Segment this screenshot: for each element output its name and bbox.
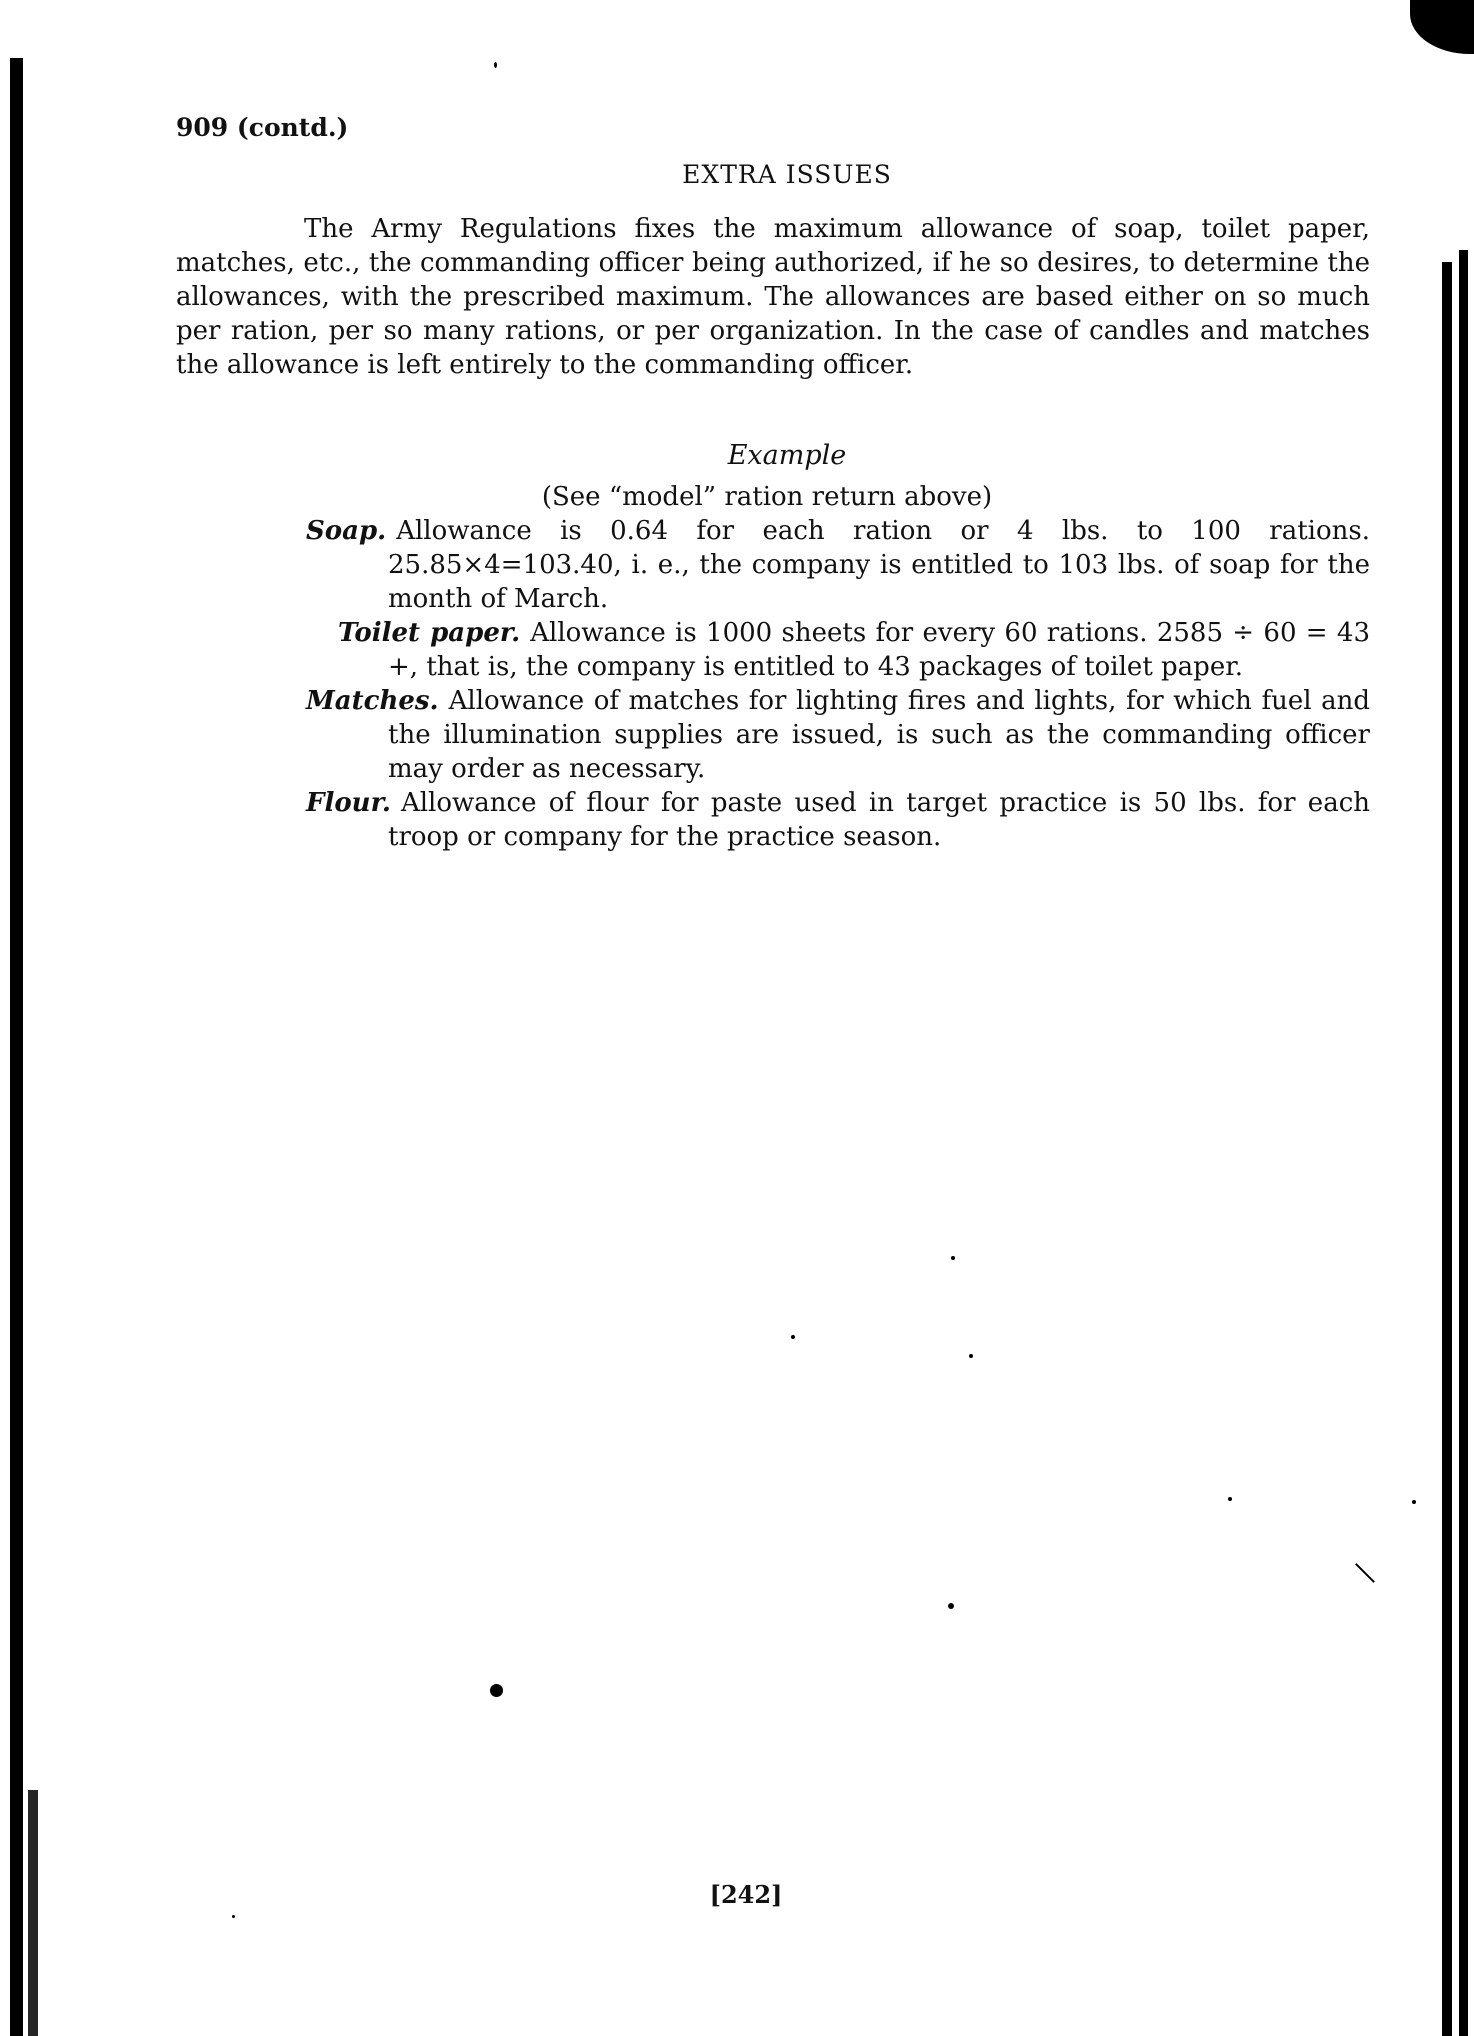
- item-text: Allowance is 0.64 for each ration or 4 l…: [388, 516, 1370, 614]
- example-item-flour: Flour.Allowance of flour for paste used …: [306, 786, 1370, 854]
- item-term: Matches.: [306, 686, 439, 716]
- section-number: 909 (contd.): [176, 113, 348, 142]
- scan-edge-right-inner: [1442, 262, 1452, 2036]
- item-text: Allowance of flour for paste used in tar…: [388, 788, 1370, 852]
- item-text: Allowance of matches for lighting fires …: [388, 686, 1370, 784]
- scan-speck: [494, 62, 497, 68]
- scan-speck: [490, 1684, 503, 1697]
- example-item-matches: Matches.Allowance of matches for lightin…: [306, 684, 1370, 786]
- example-subtitle: (See “model” ration return above): [0, 482, 1474, 512]
- intro-text: The Army Regulations fixes the maximum a…: [176, 212, 1370, 382]
- scan-edge-left: [10, 58, 23, 2036]
- scan-speck: [1228, 1497, 1232, 1501]
- scan-edge-left-inner: [28, 1790, 38, 2036]
- scan-speck: [232, 1915, 235, 1918]
- scan-stroke: [1355, 1563, 1375, 1583]
- page-number: [242]: [0, 1880, 1474, 1909]
- scanned-page: 909 (contd.) EXTRA ISSUES The Army Regul…: [0, 0, 1474, 2036]
- example-item-soap: Soap.Allowance is 0.64 for each ration o…: [306, 514, 1370, 616]
- example-title: Example: [0, 440, 1474, 471]
- page-title: EXTRA ISSUES: [0, 160, 1474, 189]
- item-term: Soap.: [306, 516, 386, 546]
- scan-corner-mark: [1410, 0, 1474, 54]
- example-item-toilet-paper: Toilet paper.Allowance is 1000 sheets fo…: [306, 616, 1370, 684]
- item-term: Flour.: [306, 788, 391, 818]
- scan-speck: [791, 1335, 795, 1339]
- intro-paragraph: The Army Regulations fixes the maximum a…: [176, 212, 1370, 382]
- example-list: Soap.Allowance is 0.64 for each ration o…: [306, 514, 1370, 854]
- scan-speck: [948, 1603, 954, 1609]
- item-text: Allowance is 1000 sheets for every 60 ra…: [388, 618, 1370, 682]
- scan-speck: [969, 1354, 973, 1358]
- scan-speck: [951, 1256, 955, 1260]
- scan-speck: [1412, 1500, 1416, 1504]
- scan-edge-right-outer: [1459, 250, 1468, 2036]
- item-term: Toilet paper.: [338, 618, 520, 648]
